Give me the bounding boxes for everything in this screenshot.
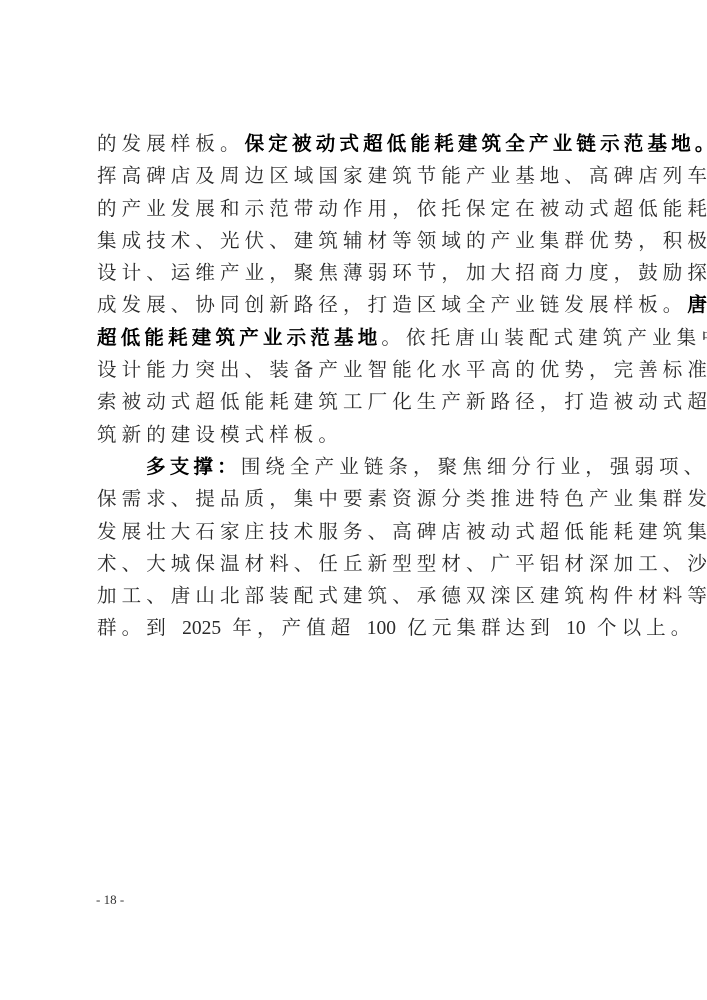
text-span: 亿元集群达到 <box>396 616 566 639</box>
bold-heading-tangshan-cont: 超低能耗建筑产业示范基地 <box>97 326 381 349</box>
bold-heading-tangshan: 唐山装配式 <box>687 293 707 316</box>
text-line: 保需求、提品质，集中要素资源分类推进特色产业集群发展。重点 <box>97 483 643 515</box>
text-span: 年，产值超 <box>221 616 367 639</box>
year-value: 2025 <box>182 618 221 639</box>
bold-heading-baoding: 保定被动式超低能耗建筑全产业链示范基地。 <box>245 132 707 155</box>
bold-heading-support: 多支撑： <box>146 455 241 478</box>
text-span: 个以上。 <box>586 616 696 639</box>
text-line: 超低能耗建筑产业示范基地。依托唐山装配式建筑产业集中、工业 <box>97 322 643 354</box>
text-line: 集成技术、光伏、建筑辅材等领域的产业集群优势，积极对接京津 <box>97 225 643 257</box>
text-span: 。依托唐山装配式建筑产业集中、工业 <box>381 326 707 349</box>
text-line: 发展壮大石家庄技术服务、高碑店被动式超低能耗建筑集成系统技 <box>97 516 643 548</box>
text-line: 术、大城保温材料、任丘新型型材、广平铝材深加工、沙河玻璃精深 <box>97 548 643 580</box>
text-line: 筑新的建设模式样板。 <box>97 419 643 451</box>
text-line: 挥高碑店及周边区域国家建筑节能产业基地、高碑店列车新城社区 <box>97 160 643 192</box>
text-line: 成发展、协同创新路径，打造区域全产业链发展样板。唐山装配式 <box>97 289 643 321</box>
text-span: 成发展、协同创新路径，打造区域全产业链发展样板。 <box>97 293 687 316</box>
text-span: 的发展样板。 <box>97 132 245 155</box>
text-span: 围绕全产业链条，聚焦细分行业，强弱项、补短板， <box>241 455 707 478</box>
text-line: 的产业发展和示范带动作用，依托保定在被动式超低能耗建筑系统 <box>97 193 643 225</box>
text-line: 群。到 2025 年，产值超 100 亿元集群达到 10 个以上。 <box>97 612 643 644</box>
text-line: 设计、运维产业，聚焦薄弱环节，加大招商力度，鼓励探索产业集 <box>97 257 643 289</box>
document-page: 的发展样板。保定被动式超低能耗建筑全产业链示范基地。充分发 挥高碑店及周边区域国… <box>0 0 707 1000</box>
text-line: 设计能力突出、装备产业智能化水平高的优势，完善标准体系，探 <box>97 354 643 386</box>
text-line: 加工、唐山北部装配式建筑、承德双滦区建筑构件材料等一批产业集 <box>97 580 643 612</box>
cluster-count: 10 <box>566 618 586 639</box>
text-line: 索被动式超低能耗建筑工厂化生产新路径，打造被动式超低能耗建 <box>97 386 643 418</box>
text-line: 的发展样板。保定被动式超低能耗建筑全产业链示范基地。充分发 <box>97 128 643 160</box>
text-span: 群。到 <box>97 616 182 639</box>
page-number: - 18 - <box>96 892 124 908</box>
output-value: 100 <box>367 618 396 639</box>
body-text: 的发展样板。保定被动式超低能耗建筑全产业链示范基地。充分发 挥高碑店及周边区域国… <box>97 128 643 645</box>
text-line: 多支撑：围绕全产业链条，聚焦细分行业，强弱项、补短板， <box>97 451 643 483</box>
